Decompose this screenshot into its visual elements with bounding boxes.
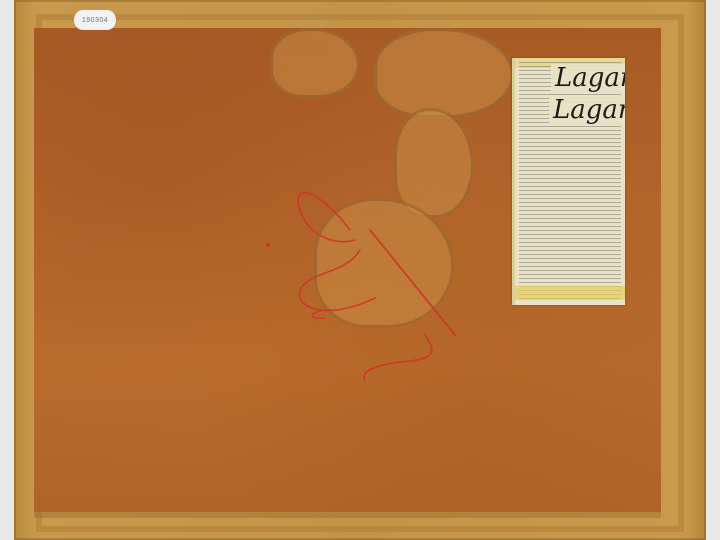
red-crayon-marks: [0, 0, 720, 540]
